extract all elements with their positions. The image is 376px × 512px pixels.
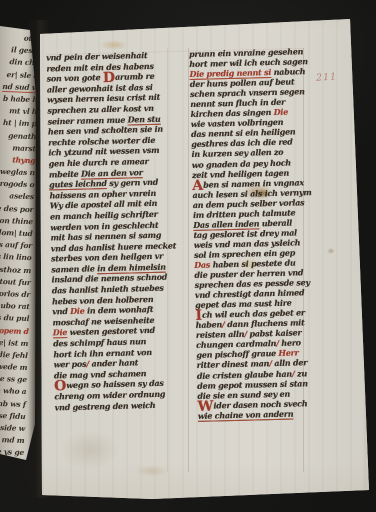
facing-page-text-line: web side w <box>0 421 25 435</box>
rubricated-text: Herr <box>278 348 298 358</box>
text-block: vnd pein der weisenhaitreden mit ein des… <box>46 46 308 52</box>
manuscript-page: 211 vnd pein der weisenhaitreden mit ein… <box>0 0 376 512</box>
text-segment: haben <box>196 320 222 331</box>
text-segment: vnd <box>52 306 70 316</box>
text-segment: nabuch <box>271 66 305 77</box>
text-segment: Den stu <box>128 113 161 124</box>
facing-page-text-line: dis du pul <box>0 311 29 325</box>
facing-page-text-line: die| ist m <box>0 335 28 349</box>
text-segment: sy gern vnd <box>107 177 159 188</box>
text-segment: hero <box>279 338 301 349</box>
facing-page-text-line: dorlos dr <box>0 287 30 301</box>
facing-page-text-line: os opem d <box>0 323 29 337</box>
facing-page-text-line: o tout fur <box>0 275 31 289</box>
manuscript-photo: ot fiil gestrdin cheer| sle dnd sud wb h… <box>0 0 376 512</box>
facing-page-text-line: lese fidu <box>0 409 26 423</box>
text-segment: zu <box>294 368 307 378</box>
facing-page-text-line: das md m <box>0 433 25 447</box>
text-segment: ander hant <box>89 358 138 369</box>
rubricated-text: Die <box>53 327 68 337</box>
facing-page-text-line: ds lin lino <box>0 250 32 264</box>
rubricated-text: Die <box>274 107 289 117</box>
stain <box>60 430 120 470</box>
text-segment: Die an den vor <box>81 167 143 179</box>
stain <box>100 40 128 50</box>
text-segment: mbeite <box>49 168 81 179</box>
folio-number: 211 <box>316 71 338 83</box>
stain <box>327 248 335 254</box>
manuscript-text-line: wie chaine von andern <box>198 408 317 421</box>
text-segment: gutes leichnd <box>49 178 107 189</box>
text-segment: arumb re <box>115 71 155 82</box>
facing-page-text-line: gosthoz m <box>0 262 31 276</box>
text-segment: wie chaine von andern <box>198 408 294 420</box>
facing-page-text-line: die ys ge <box>0 445 24 459</box>
rubricated-text: Das <box>194 260 210 270</box>
facing-page-text-line: son who a <box>0 384 27 398</box>
facing-page-text-line: er die fehl <box>0 348 28 362</box>
text-segment: vnd gestreng den weich <box>55 400 156 412</box>
text-column-left: vnd pein der weisenhaitreden mit ein des… <box>46 49 197 413</box>
text-segment: son von gote <box>47 72 104 83</box>
text-column-right: prunn ein vnraine gesehenhort mer wil ic… <box>189 46 317 421</box>
facing-page-text-line: on wede m <box>0 360 28 374</box>
facing-page-text-line: die ss ge <box>0 372 27 386</box>
text-segment: samen die <box>51 263 97 274</box>
text-segment: wer pos <box>54 359 87 370</box>
facing-page-text-line: glaubo rat <box>0 299 30 313</box>
facing-page-text-line: limb ws f <box>0 396 26 410</box>
manuscript-text-line: vnd gestreng den weich <box>55 399 197 413</box>
stain <box>135 465 169 477</box>
rubricated-text: Die <box>70 306 85 316</box>
